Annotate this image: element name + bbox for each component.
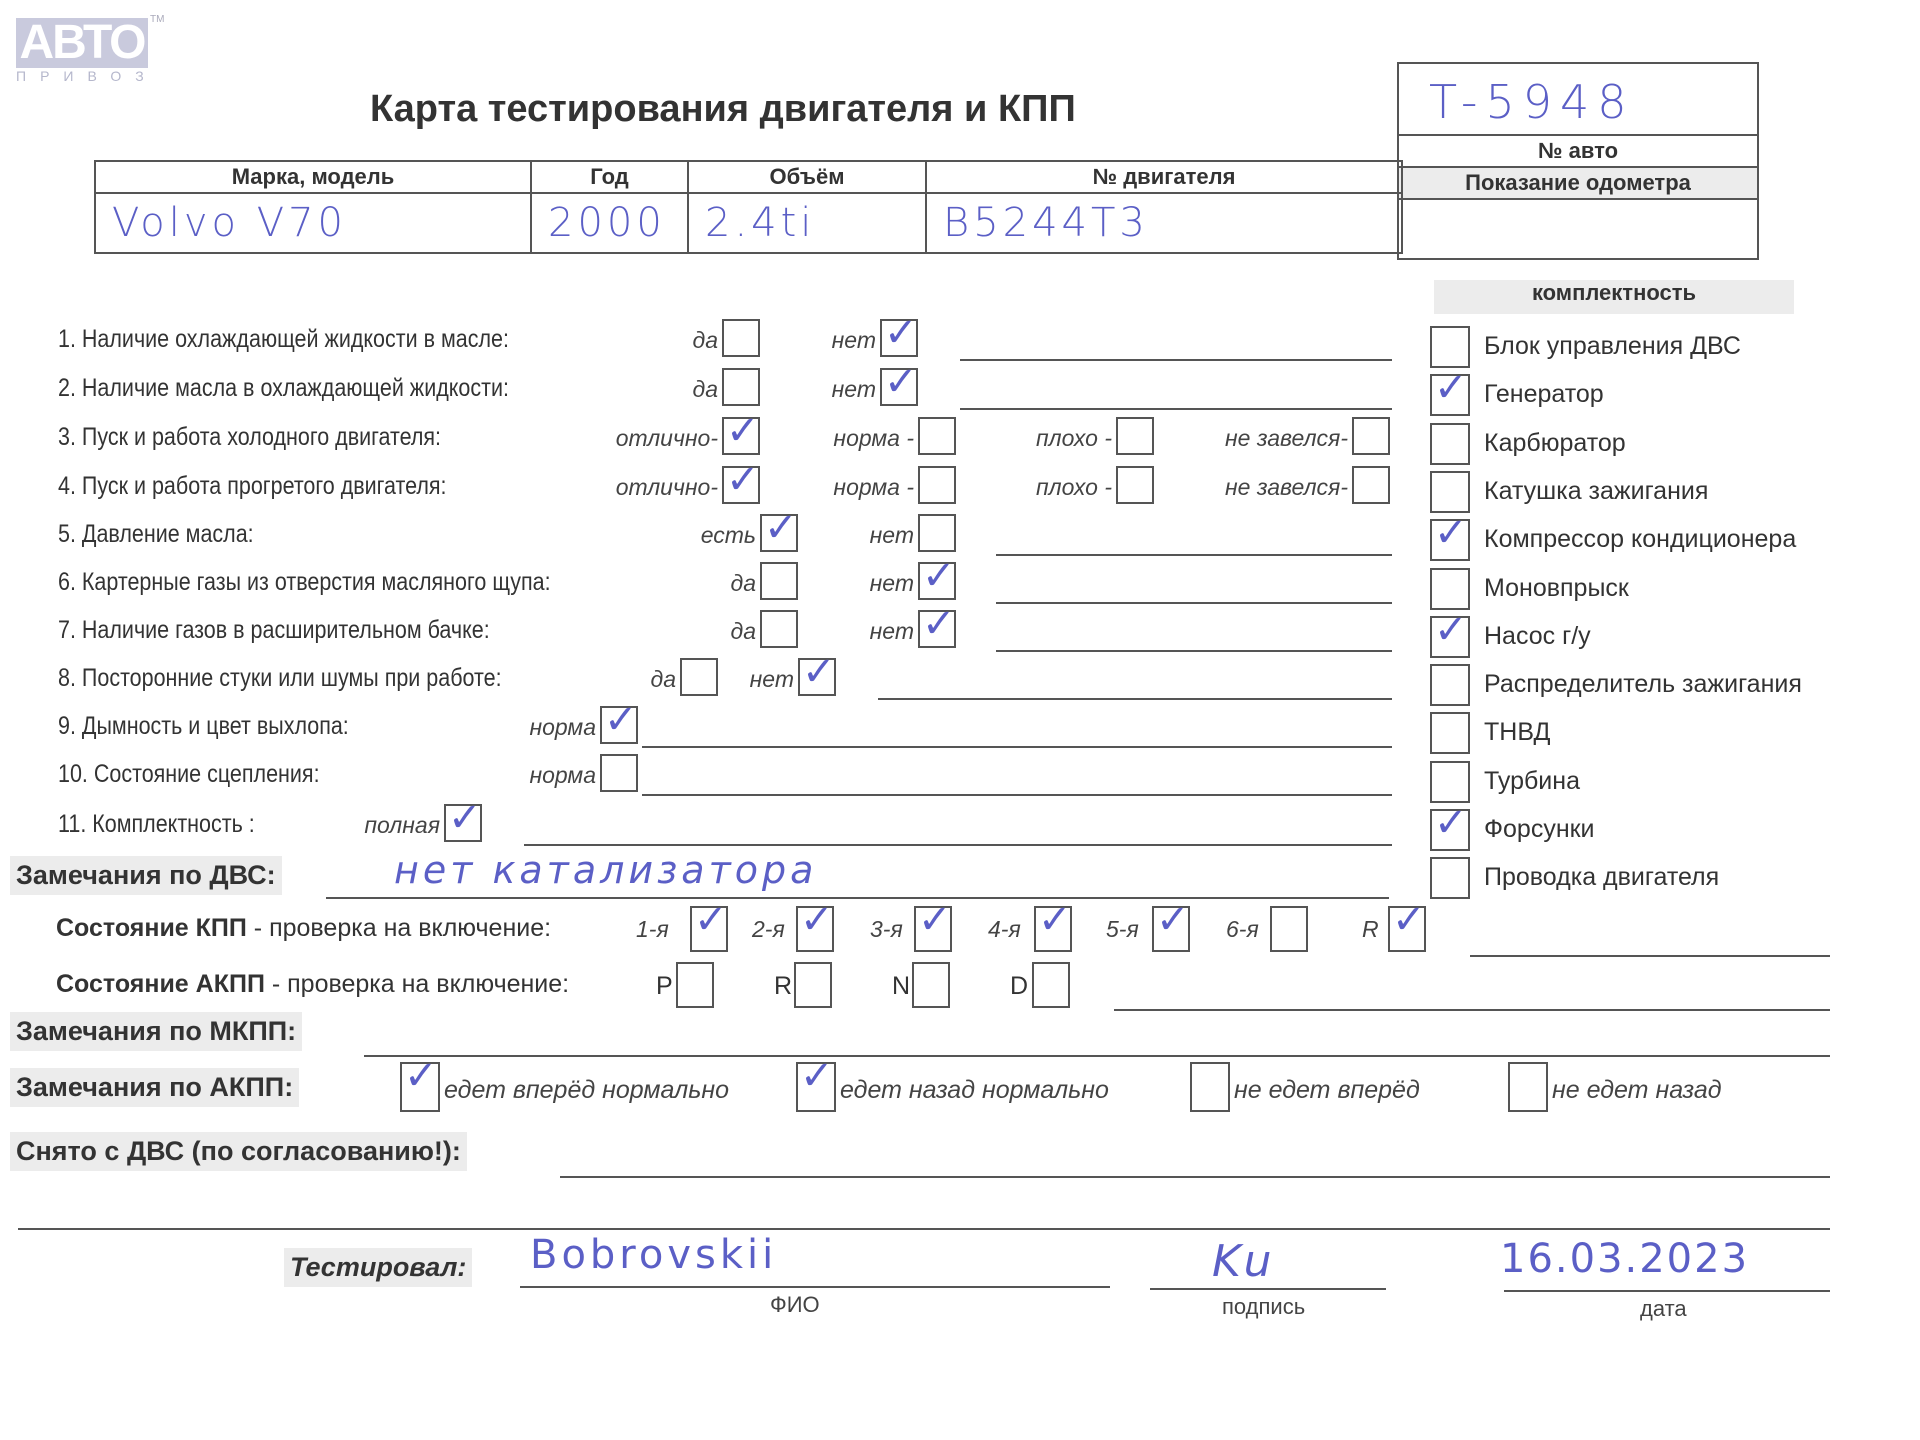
logo: АВТО: [16, 18, 148, 68]
removed-label: Снято с ДВС (по согласованию!):: [10, 1132, 467, 1171]
tester-name-caption: ФИО: [770, 1292, 820, 1318]
odometer-label: Показание одометра: [1399, 166, 1757, 198]
akpp-remark-label: не едет вперёд: [1234, 1076, 1420, 1105]
completeness-item-label: Блок управления ДВС: [1484, 332, 1741, 361]
test-date[interactable]: 16.03.2023: [1500, 1236, 1749, 1282]
check-mark-icon: ✓: [800, 898, 834, 942]
check-mark-icon: ✓: [404, 1054, 438, 1098]
gear-checkbox[interactable]: ✓: [796, 906, 834, 952]
completeness-item-label: Насос г/у: [1484, 622, 1591, 651]
check-mark-icon: ✓: [1434, 801, 1468, 845]
column-header-volume: Объём: [688, 161, 926, 193]
auto-gearbox-label: Состояние АКПП - проверка на включение:: [56, 970, 569, 999]
position-label: D: [1010, 972, 1028, 1001]
car-number-label: № авто: [1399, 134, 1757, 166]
option-label: норма: [520, 714, 596, 741]
tester-name[interactable]: Bobrovskii: [530, 1232, 777, 1278]
checklist-question: 7. Наличие газов в расширительном бачке:: [58, 616, 490, 645]
position-checkbox[interactable]: [794, 962, 832, 1008]
completeness-checkbox[interactable]: ✓: [1430, 616, 1470, 658]
position-label: N: [892, 972, 910, 1001]
engine-remarks-line: [326, 897, 1389, 899]
option-label: полная: [352, 812, 440, 839]
option-checkbox[interactable]: [918, 514, 956, 552]
gear-checkbox[interactable]: ✓: [1034, 906, 1072, 952]
completeness-checkbox[interactable]: ✓: [1430, 809, 1470, 851]
option-label: да: [646, 666, 676, 693]
checklist-question: 10. Состояние сцепления:: [58, 760, 320, 789]
option-label: плохо -: [1022, 425, 1112, 452]
option-checkbox[interactable]: [1116, 466, 1154, 504]
completeness-checkbox[interactable]: [1430, 857, 1470, 899]
option-checkbox[interactable]: ✓: [722, 417, 760, 455]
checklist-question: 8. Посторонние стуки или шумы при работе…: [58, 664, 502, 693]
option-checkbox[interactable]: ✓: [918, 562, 956, 600]
check-mark-icon: ✓: [764, 506, 798, 550]
option-checkbox[interactable]: [1352, 417, 1390, 455]
akpp-remark-checkbox[interactable]: [1190, 1062, 1230, 1112]
gear-label: R: [1362, 916, 1379, 943]
option-checkbox[interactable]: ✓: [880, 368, 918, 406]
completeness-item-label: Компрессор кондиционера: [1484, 525, 1796, 554]
option-checkbox[interactable]: ✓: [760, 514, 798, 552]
option-checkbox[interactable]: [600, 754, 638, 792]
check-mark-icon: ✓: [1434, 366, 1468, 410]
gear-label: 6-я: [1226, 916, 1259, 943]
tester-label: Тестировал:: [284, 1248, 472, 1287]
auto-gearbox-line: [1114, 1009, 1830, 1011]
option-label: нет: [860, 618, 914, 645]
option-checkbox[interactable]: ✓: [722, 466, 760, 504]
gear-checkbox[interactable]: ✓: [1388, 906, 1426, 952]
checklist-question: 11. Комплектность :: [58, 810, 255, 839]
date-caption: дата: [1640, 1296, 1687, 1322]
checklist-question: 1. Наличие охлаждающей жидкости в масле:: [58, 325, 509, 354]
option-label: плохо -: [1022, 474, 1112, 501]
option-checkbox[interactable]: [760, 610, 798, 648]
option-label: нет: [860, 522, 914, 549]
gear-label: 4-я: [988, 916, 1021, 943]
gear-checkbox[interactable]: ✓: [1152, 906, 1190, 952]
option-label: норма -: [822, 474, 914, 501]
comment-line[interactable]: [878, 698, 1392, 700]
akpp-remark-checkbox[interactable]: ✓: [796, 1062, 836, 1112]
akpp-remark-label: не едет назад: [1552, 1076, 1722, 1105]
completeness-item-label: Распределитель зажигания: [1484, 670, 1802, 699]
column-header-make-model: Марка, модель: [95, 161, 531, 193]
check-mark-icon: ✓: [1434, 608, 1468, 652]
check-mark-icon: ✓: [694, 898, 728, 942]
mkpp-remarks-label: Замечания по МКПП:: [10, 1012, 302, 1051]
gear-label: 3-я: [870, 916, 903, 943]
checklist-question: 3. Пуск и работа холодного двигателя:: [58, 423, 441, 452]
completeness-item-label: ТНВД: [1484, 718, 1550, 747]
completeness-item-label: Генератор: [1484, 380, 1604, 409]
position-checkbox[interactable]: [912, 962, 950, 1008]
gear-label: 5-я: [1106, 916, 1139, 943]
option-checkbox[interactable]: ✓: [798, 658, 836, 696]
option-label: отлично-: [602, 474, 718, 501]
akpp-remarks-label: Замечания по АКПП:: [10, 1068, 299, 1107]
odometer-value[interactable]: [1399, 198, 1757, 258]
comment-line[interactable]: [996, 650, 1392, 652]
logo-trademark: TM: [150, 14, 164, 25]
check-mark-icon: ✓: [726, 458, 760, 502]
volume-value[interactable]: 2.4ti: [688, 193, 926, 253]
check-mark-icon: ✓: [1038, 898, 1072, 942]
completeness-checkbox[interactable]: [1430, 568, 1470, 610]
checklist-question: 4. Пуск и работа прогретого двигателя:: [58, 472, 447, 501]
gear-label: 2-я: [752, 916, 785, 943]
comment-line[interactable]: [996, 554, 1392, 556]
position-checkbox[interactable]: [676, 962, 714, 1008]
completeness-title: комплектность: [1434, 280, 1794, 314]
check-mark-icon: ✓: [1434, 511, 1468, 555]
checklist-question: 6. Картерные газы из отверстия масляного…: [58, 568, 551, 597]
mkpp-remarks-line[interactable]: [364, 1055, 1830, 1057]
page-title: Карта тестирования двигателя и КПП: [370, 88, 1076, 131]
removed-line[interactable]: [560, 1176, 1830, 1178]
option-checkbox[interactable]: [918, 466, 956, 504]
option-checkbox[interactable]: ✓: [444, 804, 482, 842]
akpp-remark-checkbox[interactable]: ✓: [400, 1062, 440, 1112]
option-label: нет: [824, 376, 876, 403]
check-mark-icon: ✓: [1156, 898, 1190, 942]
completeness-checkbox[interactable]: [1430, 471, 1470, 513]
check-mark-icon: ✓: [922, 602, 956, 646]
completeness-checkbox[interactable]: [1430, 761, 1470, 803]
check-mark-icon: ✓: [884, 311, 918, 355]
completeness-item-label: Карбюратор: [1484, 429, 1626, 458]
akpp-remark-label: едет вперёд нормально: [444, 1076, 729, 1105]
signature-line: [1150, 1288, 1386, 1290]
akpp-remark-label: едет назад нормально: [840, 1076, 1109, 1105]
option-label: да: [686, 376, 718, 403]
check-mark-icon: ✓: [726, 409, 760, 453]
column-header-engine-number: № двигателя: [926, 161, 1402, 193]
engine-remarks-value[interactable]: нет катализатора: [394, 848, 817, 892]
option-label: отлично-: [602, 425, 718, 452]
make-model-value[interactable]: Volvo V70: [95, 193, 531, 253]
manual-gearbox-line: [1470, 955, 1830, 957]
option-checkbox[interactable]: [722, 319, 760, 357]
comment-line[interactable]: [996, 602, 1392, 604]
completeness-checkbox[interactable]: [1430, 712, 1470, 754]
tester-name-line: [520, 1286, 1110, 1288]
option-checkbox[interactable]: [1352, 466, 1390, 504]
completeness-checkbox[interactable]: [1430, 326, 1470, 368]
option-checkbox[interactable]: [760, 562, 798, 600]
gear-checkbox[interactable]: ✓: [914, 906, 952, 952]
tester-signature[interactable]: Ku: [1212, 1236, 1276, 1287]
option-label: норма -: [822, 425, 914, 452]
signature-caption: подпись: [1222, 1294, 1305, 1320]
completeness-checkbox[interactable]: [1430, 664, 1470, 706]
option-checkbox[interactable]: ✓: [600, 706, 638, 744]
year-value[interactable]: 2000: [531, 193, 688, 253]
option-label: нет: [860, 570, 914, 597]
column-header-year: Год: [531, 161, 688, 193]
option-label: нет: [742, 666, 794, 693]
car-number-value[interactable]: T-5948: [1399, 64, 1757, 134]
completeness-item-label: Проводка двигателя: [1484, 863, 1719, 892]
option-checkbox[interactable]: ✓: [880, 319, 918, 357]
option-label: да: [724, 570, 756, 597]
completeness-item-label: Катушка зажигания: [1484, 477, 1708, 506]
check-mark-icon: ✓: [884, 360, 918, 404]
position-checkbox[interactable]: [1032, 962, 1070, 1008]
option-checkbox[interactable]: [1116, 417, 1154, 455]
comment-line[interactable]: [642, 746, 1392, 748]
gear-checkbox[interactable]: ✓: [690, 906, 728, 952]
comment-line[interactable]: [960, 359, 1392, 361]
comment-line[interactable]: [960, 408, 1392, 410]
removed-line-2[interactable]: [18, 1228, 1830, 1230]
check-mark-icon: ✓: [922, 554, 956, 598]
option-checkbox[interactable]: [680, 658, 718, 696]
completeness-item-label: Форсунки: [1484, 815, 1595, 844]
comment-line[interactable]: [524, 844, 1392, 846]
completeness-checkbox[interactable]: [1430, 423, 1470, 465]
check-mark-icon: ✓: [800, 1054, 834, 1098]
option-label: не завелся-: [1208, 425, 1348, 452]
engine-remarks-label: Замечания по ДВС:: [10, 856, 282, 895]
option-label: есть: [692, 522, 756, 549]
gear-label: 1-я: [636, 916, 669, 943]
logo-subtitle: ПРИВОЗ: [16, 68, 158, 84]
manual-gearbox-label: Состояние КПП - проверка на включение:: [56, 914, 551, 943]
option-label: да: [686, 327, 718, 354]
vehicle-info-table: Марка, модель Год Объём № двигателя Volv…: [94, 160, 1403, 254]
checklist-question: 9. Дымность и цвет выхлопа:: [58, 712, 349, 741]
gear-checkbox[interactable]: [1270, 906, 1308, 952]
option-checkbox[interactable]: ✓: [918, 610, 956, 648]
date-line: [1504, 1290, 1830, 1292]
check-mark-icon: ✓: [604, 698, 638, 742]
checklist-question: 5. Давление масла:: [58, 520, 254, 549]
akpp-remark-checkbox[interactable]: [1508, 1062, 1548, 1112]
option-label: не завелся-: [1208, 474, 1348, 501]
option-label: нет: [824, 327, 876, 354]
option-label: норма: [520, 762, 596, 789]
check-mark-icon: ✓: [448, 796, 482, 840]
position-label: R: [774, 972, 792, 1001]
engine-number-value[interactable]: B5244T3: [926, 193, 1402, 253]
comment-line[interactable]: [642, 794, 1392, 796]
option-checkbox[interactable]: [918, 417, 956, 455]
check-mark-icon: ✓: [918, 898, 952, 942]
option-label: да: [724, 618, 756, 645]
position-label: P: [656, 972, 673, 1001]
completeness-item-label: Турбина: [1484, 767, 1580, 796]
checklist-question: 2. Наличие масла в охлаждающей жидкости:: [58, 374, 509, 403]
option-checkbox[interactable]: [722, 368, 760, 406]
check-mark-icon: ✓: [802, 650, 836, 694]
completeness-item-label: Моновпрыск: [1484, 574, 1629, 603]
car-number-box: T-5948 № авто Показание одометра: [1397, 62, 1759, 260]
check-mark-icon: ✓: [1392, 898, 1426, 942]
completeness-checkbox[interactable]: ✓: [1430, 519, 1470, 561]
completeness-checkbox[interactable]: ✓: [1430, 374, 1470, 416]
